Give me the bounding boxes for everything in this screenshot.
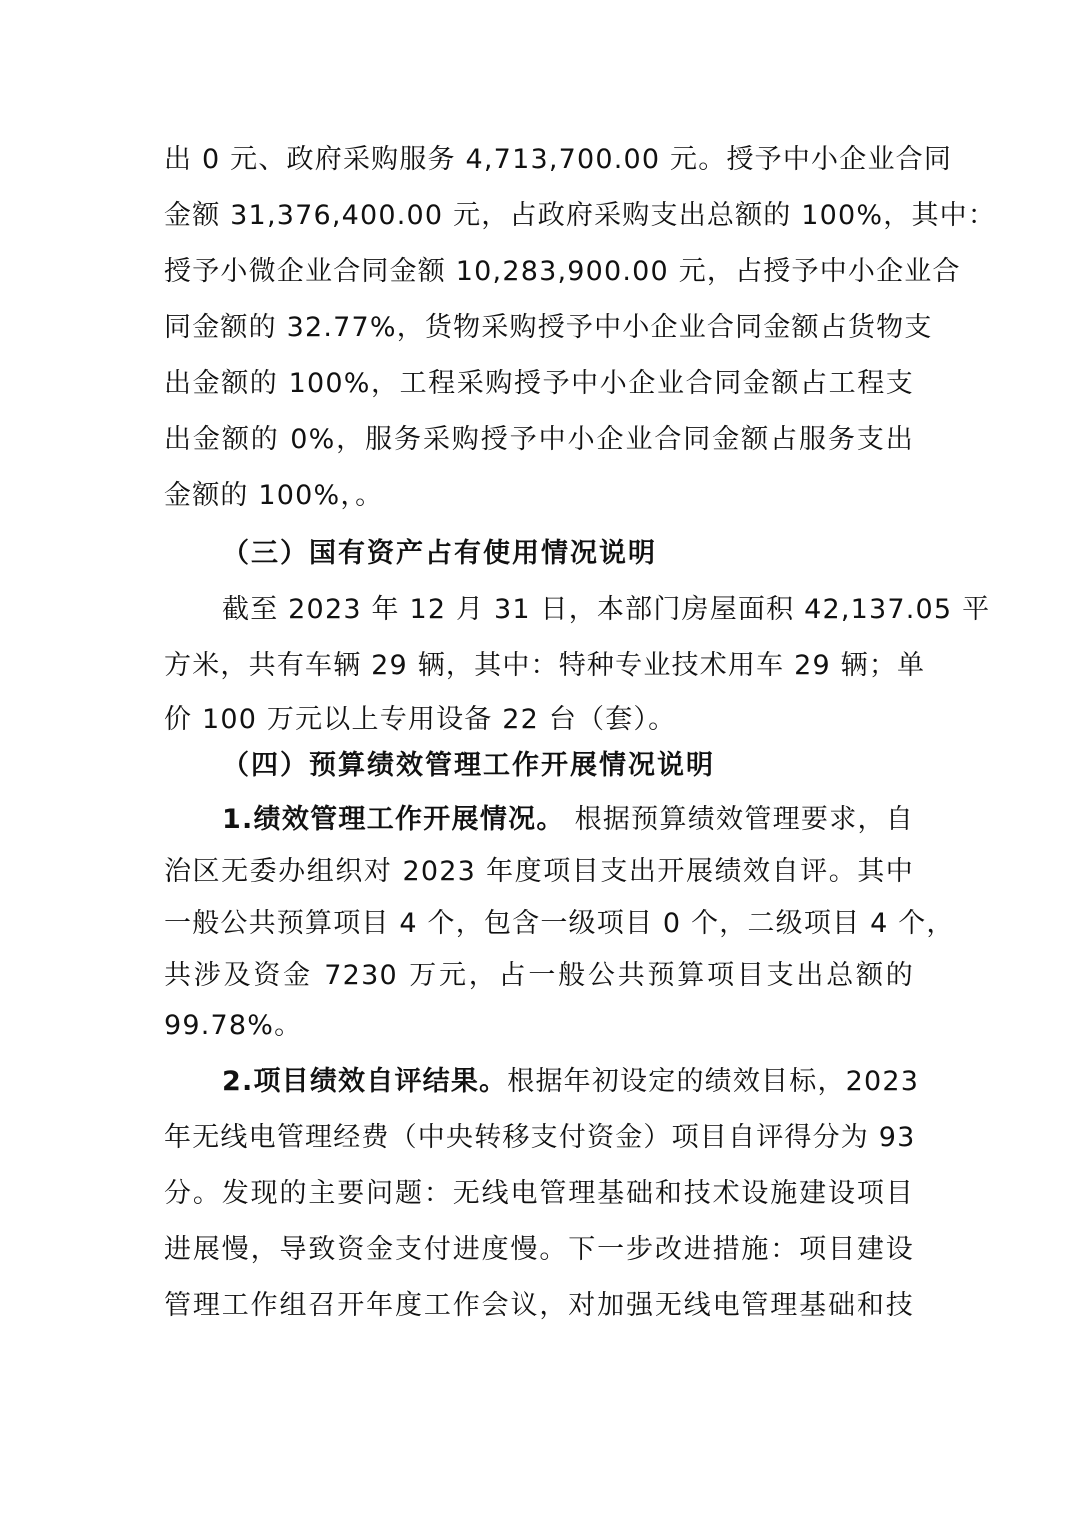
paragraph-line: 出 0 元、政府采购服务 4,713,700.00 元。授予中小企业合同 <box>164 140 914 180</box>
item1-title: 1.绩效管理工作开展情况。 <box>222 804 565 835</box>
paragraph-line: 出金额的 0%，服务采购授予中小企业合同金额占服务支出 <box>164 420 914 460</box>
paragraph-line: 金额 31,376,400.00 元，占政府采购支出总额的 100%，其中： <box>164 196 914 236</box>
paragraph-line: 管理工作组召开年度工作会议，对加强无线电管理基础和技 <box>164 1286 914 1326</box>
paragraph-line: 截至 2023 年 12 月 31 日，本部门房屋面积 42,137.05 平 <box>222 590 914 630</box>
paragraph-line: 出金额的 100%，工程采购授予中小企业合同金额占工程支 <box>164 364 914 404</box>
paragraph-line: 方米，共有车辆 29 辆，其中：特种专业技术用车 29 辆；单 <box>164 646 914 686</box>
item1-first-line: 1.绩效管理工作开展情况。 根据预算绩效管理要求，自 <box>222 800 914 840</box>
paragraph-line: 治区无委办组织对 2023 年度项目支出开展绩效自评。其中 <box>164 852 914 892</box>
paragraph-line: 年无线电管理经费（中央转移支付资金）项目自评得分为 93 <box>164 1118 914 1158</box>
section-heading-assets: （三）国有资产占有使用情况说明 <box>222 534 972 574</box>
item2-title: 2.项目绩效自评结果。 <box>222 1066 507 1097</box>
document-page: 出 0 元、政府采购服务 4,713,700.00 元。授予中小企业合同 金额 … <box>0 0 1074 1520</box>
section-heading-performance: （四）预算绩效管理工作开展情况说明 <box>222 746 972 786</box>
paragraph-line: 分。发现的主要问题：无线电管理基础和技术设施建设项目 <box>164 1174 914 1214</box>
paragraph-line: 价 100 万元以上专用设备 22 台（套）。 <box>164 700 914 740</box>
item2-first-line: 2.项目绩效自评结果。根据年初设定的绩效目标，2023 <box>222 1062 914 1102</box>
paragraph-line: 一般公共预算项目 4 个，包含一级项目 0 个，二级项目 4 个， <box>164 904 914 944</box>
paragraph-line: 授予小微企业合同金额 10,283,900.00 元，占授予中小企业合 <box>164 252 914 292</box>
paragraph-line: 金额的 100%，。 <box>164 476 914 516</box>
paragraph-line: 同金额的 32.77%，货物采购授予中小企业合同金额占货物支 <box>164 308 914 348</box>
item1-text: 根据预算绩效管理要求，自 <box>565 804 914 835</box>
paragraph-line: 共涉及资金 7230 万元，占一般公共预算项目支出总额的 <box>164 956 914 996</box>
paragraph-line: 进展慢，导致资金支付进度慢。下一步改进措施：项目建设 <box>164 1230 914 1270</box>
paragraph-line: 99.78%。 <box>164 1006 914 1046</box>
item2-text: 根据年初设定的绩效目标，2023 <box>507 1066 919 1097</box>
